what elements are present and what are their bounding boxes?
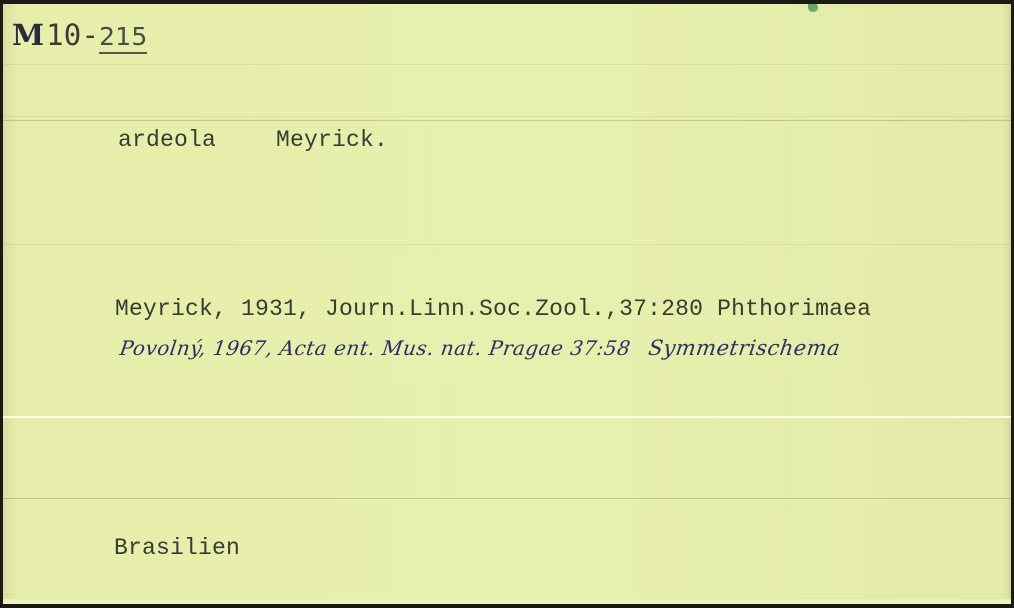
locality: Brasilien — [114, 535, 240, 561]
species-name: ardeola — [118, 127, 216, 153]
species-author: Meyrick. — [276, 127, 388, 153]
ruling-line — [3, 498, 1011, 499]
species-line: ardeolaMeyrick. — [118, 127, 388, 153]
call-number-typed: 10- — [46, 18, 99, 52]
index-card: M 10-215 ardeolaMeyrick. Meyrick, 1931, … — [3, 4, 1011, 604]
call-number: M 10-215 — [12, 18, 147, 52]
call-number-stamp: M — [12, 18, 41, 52]
ruling-line — [3, 116, 1011, 117]
ruling-highlight — [3, 416, 1011, 418]
ruling-line — [3, 64, 1011, 65]
typed-reference: Meyrick, 1931, Journ.Linn.Soc.Zool.,37:2… — [115, 296, 871, 322]
call-number-handwritten: 215 — [99, 22, 147, 54]
handwritten-reference: Povolný, 1967, Acta ent. Mus. nat. Praga… — [118, 336, 842, 360]
handwritten-genus: Symmetrischema — [647, 336, 842, 360]
ruling-line — [3, 120, 1011, 121]
card-bottom-edge — [3, 599, 1011, 604]
ruling-line — [3, 244, 1011, 245]
handwritten-citation: Povolný, 1967, Acta ent. Mus. nat. Praga… — [118, 336, 632, 360]
ink-speck — [808, 4, 818, 12]
